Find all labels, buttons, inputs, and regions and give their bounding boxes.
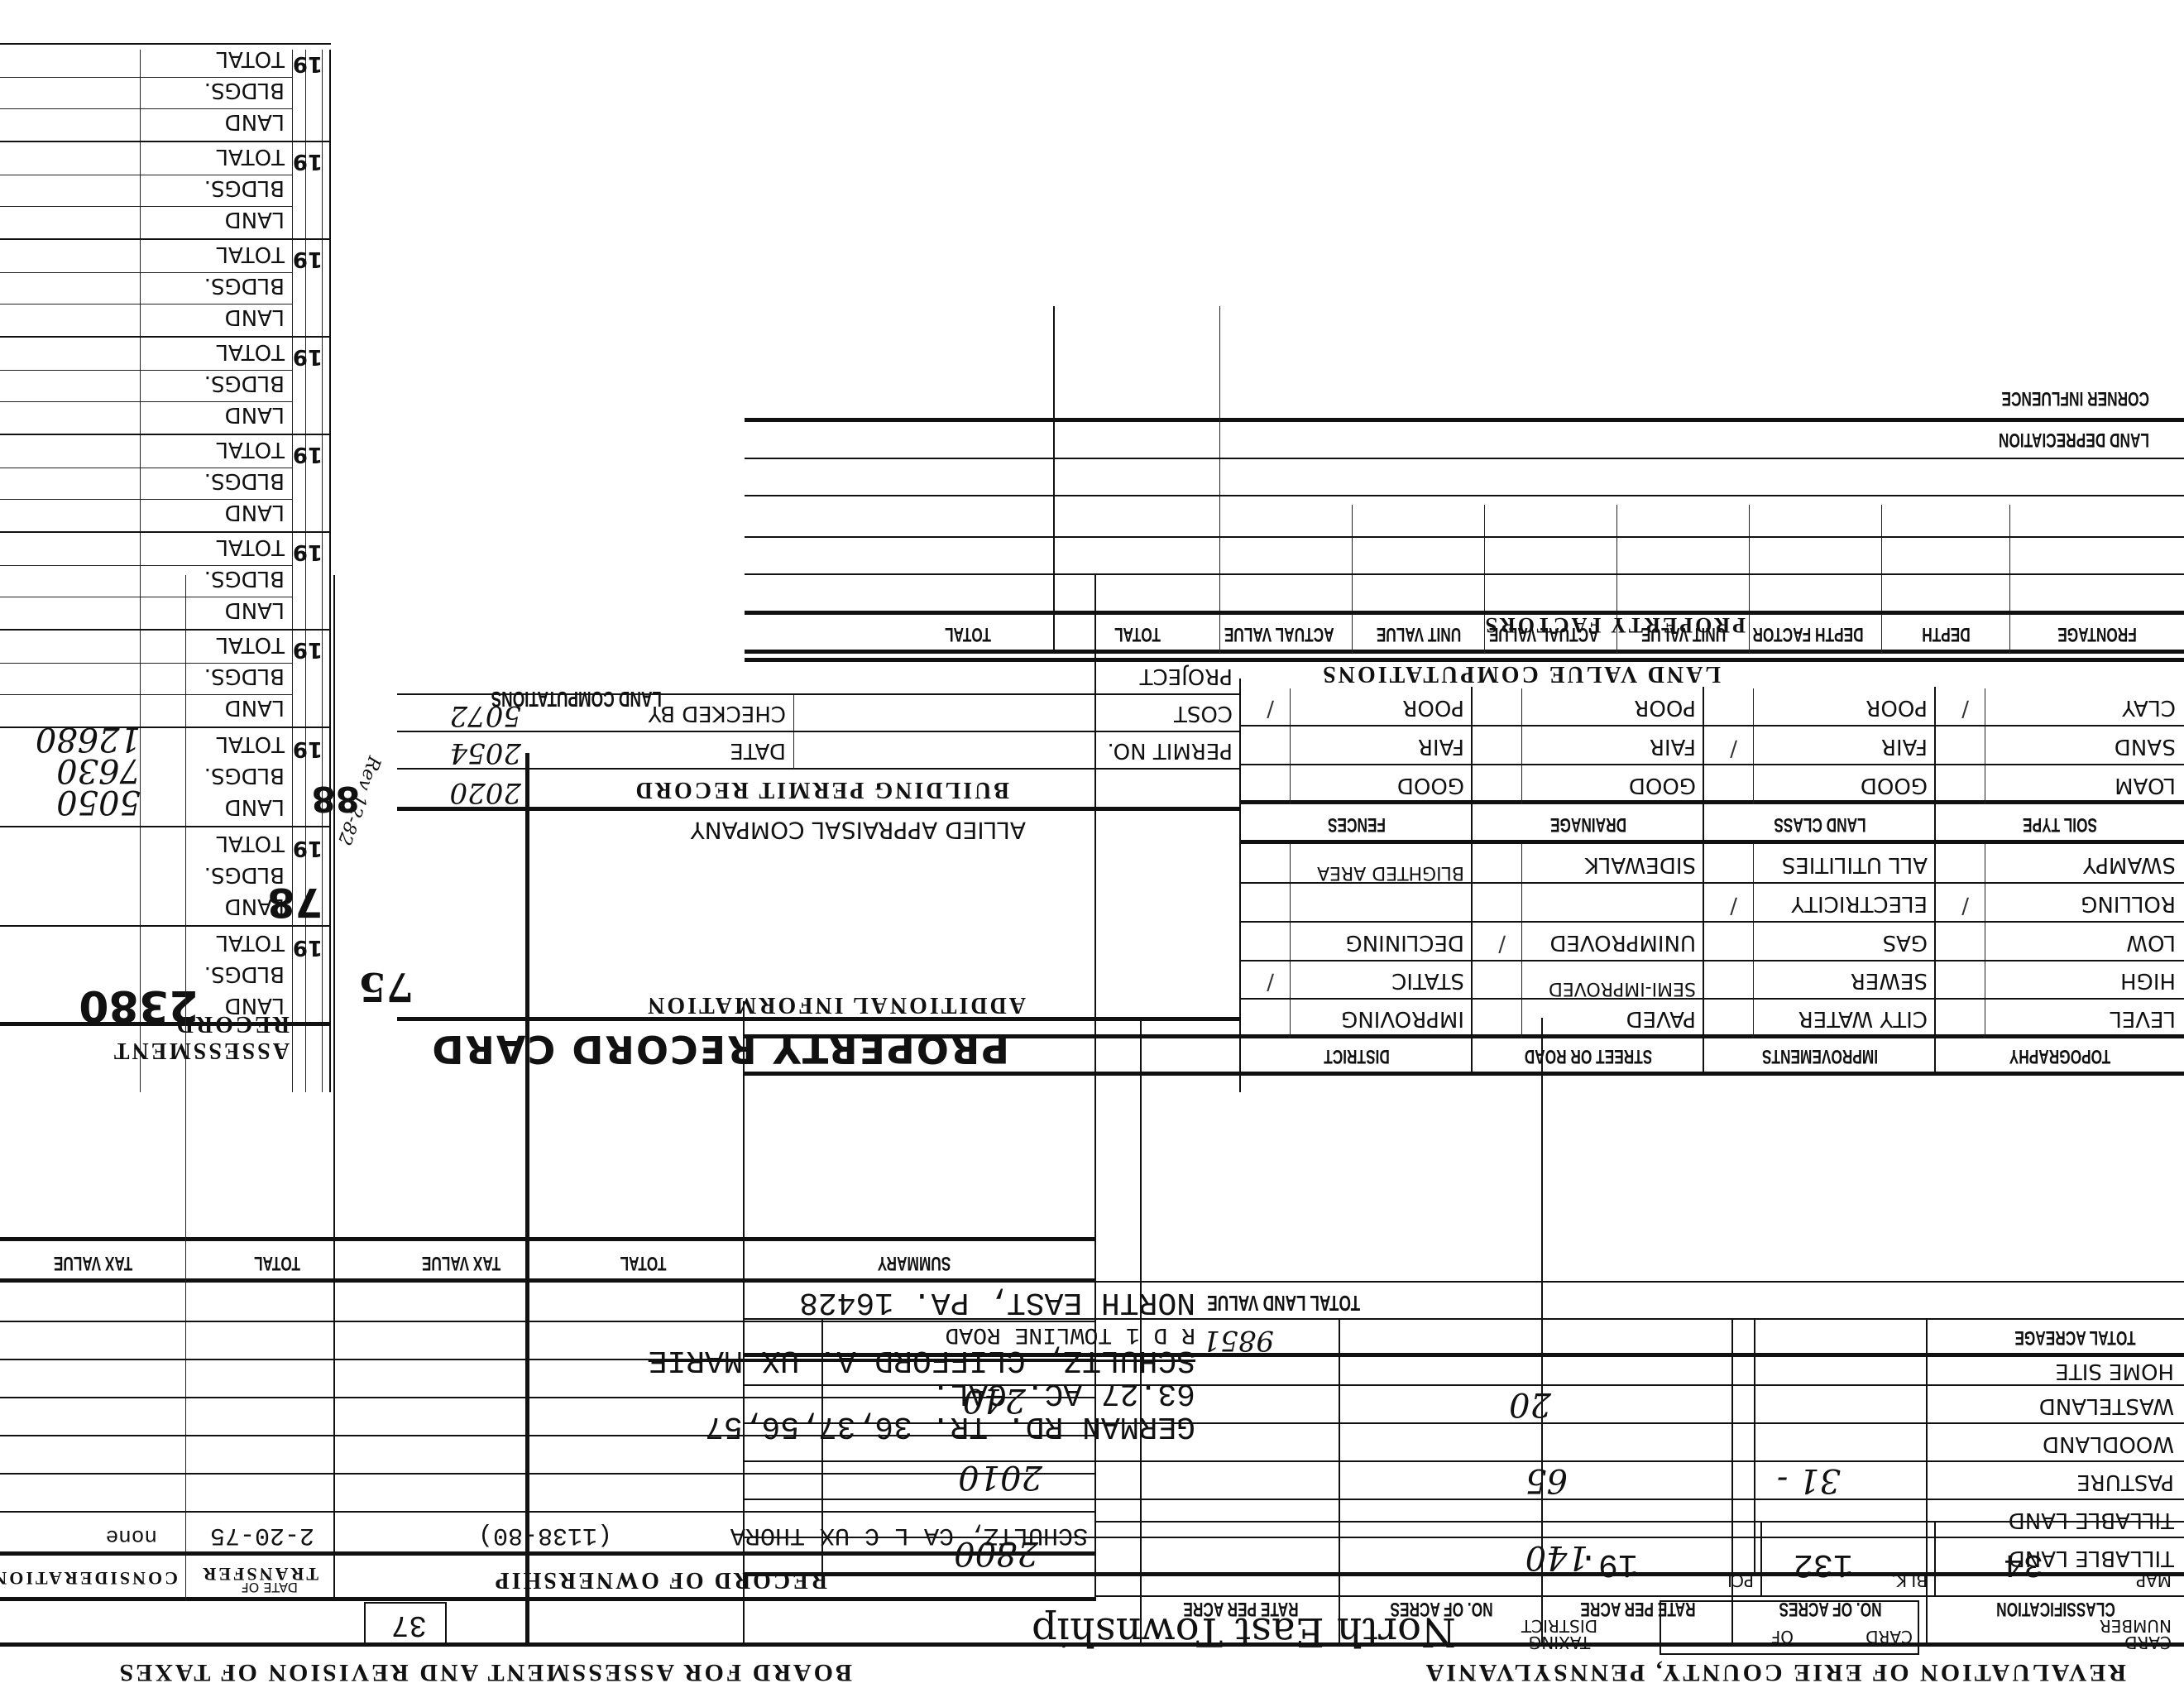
land-depreciation-label: LAND DEPRECIATION: [1971, 428, 2149, 451]
pf-city-water: CITY WATER: [1798, 1006, 1928, 1031]
assess-stamp-2380: 2380: [79, 981, 199, 1030]
soil-loam: LOAM: [2115, 773, 2176, 798]
assess-year-prefix: 19: [293, 149, 323, 174]
rate-wasteland: 20: [1509, 1385, 1551, 1423]
summary-total-2: TOTAL: [212, 1251, 342, 1274]
land-class-fair: FAIR: [1881, 734, 1928, 759]
drainage-good: GOOD: [1629, 773, 1696, 798]
assess-year-prefix: 19: [293, 935, 323, 960]
assess-land-label: LAND: [225, 109, 285, 134]
assess-total-label: TOTAL: [217, 632, 285, 657]
assess-land-label: LAND: [225, 305, 285, 329]
owner-line-5: NORTH EAST, PA. 16428: [799, 1284, 1195, 1320]
assess-year-75: 75: [358, 963, 414, 1009]
assess-total-label: TOTAL: [217, 339, 285, 364]
assess-year-78: 78: [267, 879, 323, 925]
assess-land-label: LAND: [225, 993, 285, 1018]
permit-date-label: DATE: [730, 738, 786, 763]
lvc-frontage: FRONTAGE: [2034, 622, 2159, 645]
owner-ref: (1138-80): [478, 1521, 612, 1549]
assess-bldgs-label: BLDGS.: [204, 961, 285, 986]
pf-swampy: SWAMPY: [2083, 852, 2176, 877]
pcl-value: 19.: [1578, 1545, 1638, 1582]
pf-improving: IMPROVING: [1341, 1006, 1464, 1031]
permit-handwritten-3: 5072: [449, 699, 521, 732]
card-of-box[interactable]: CARD OF: [1660, 1600, 1919, 1655]
assess-year-prefix: 19: [293, 51, 323, 76]
value-pasture: 2010: [958, 1458, 1042, 1496]
assess-bldgs-label: BLDGS.: [204, 566, 285, 591]
pf-unimproved-check[interactable]: /: [1498, 932, 1506, 957]
owner-line-2: 63.27 AC. CAL.: [932, 1375, 1195, 1411]
assess-year-prefix: 19: [293, 836, 323, 861]
lvc-depth-factor: DEPTH FACTOR: [1768, 622, 1863, 645]
map-value: 34: [2004, 1545, 2043, 1582]
land-class-good: GOOD: [1861, 773, 1928, 798]
permit-no-label: PERMIT NO.: [1107, 738, 1233, 763]
assess-total-label: TOTAL: [217, 242, 285, 266]
building-permit-title: BUILDING PERMIT RECORD: [634, 776, 1009, 803]
pf-electricity-check[interactable]: /: [1730, 894, 1737, 918]
pf-rolling-check[interactable]: /: [1961, 894, 1969, 918]
assess-total-label: TOTAL: [217, 731, 285, 756]
assess-total-label: TOTAL: [217, 46, 285, 71]
owner-house-no: 9851: [1202, 1324, 1274, 1357]
owner-line-4: R D 1 TOWLINE ROAD: [946, 1321, 1195, 1347]
blk-value: 132: [1794, 1545, 1853, 1582]
pf-header-fences: FENCES: [1273, 813, 1440, 836]
pf-header-street: STREET OR ROAD: [1505, 1044, 1672, 1067]
drainage-fair: FAIR: [1650, 734, 1696, 759]
blk-label: BLK.: [1891, 1571, 1928, 1590]
fences-poor-check[interactable]: /: [1267, 697, 1274, 722]
class-row-wasteland: WASTELAND: [2039, 1393, 2174, 1418]
assess-land-label: LAND: [225, 402, 285, 427]
pf-header-land-class: LAND CLASS: [1736, 813, 1904, 836]
permit-handwritten-2: 2054: [449, 736, 521, 770]
assess-year-prefix: 19: [293, 539, 323, 564]
assess-bldgs-label: BLDGS.: [204, 468, 285, 493]
class-row-tillable-2: TILLABLE LAND: [2009, 1508, 2174, 1532]
pf-all-utilities: ALL UTILITIES: [1782, 852, 1928, 877]
taxing-district-label: TAXING DISTRICT: [1514, 1618, 1605, 1651]
assess-year-prefix: 19: [293, 344, 323, 369]
corner-influence-label: CORNER INFLUENCE: [1971, 386, 2149, 410]
property-record-card: REVALUATION OF ERIE COUNTY, PENNSYLVANIA…: [0, 0, 2184, 1688]
permit-cost-label: COST: [1174, 701, 1233, 726]
assess-year-prefix: 19: [293, 637, 323, 662]
permit-checked-by-label: CHECKED BY: [649, 701, 786, 726]
summary-header: SUMMARY: [783, 1251, 1046, 1274]
fences-good: GOOD: [1397, 773, 1464, 798]
consideration: none: [106, 1524, 157, 1549]
assess-total-label: TOTAL: [217, 930, 285, 955]
pf-header-topography: TOPOGRAPHY: [1971, 1044, 2149, 1067]
pf-rolling: ROLLING: [2081, 891, 2176, 916]
pf-header-soil: SOIL TYPE: [1971, 813, 2149, 836]
pf-header-district: DISTRICT: [1273, 1044, 1440, 1067]
assess-year-prefix: 19: [293, 442, 323, 467]
permit-project-label: PROJECT: [1140, 664, 1233, 688]
fences-fair: FAIR: [1418, 734, 1464, 759]
assess-land-label: LAND: [225, 794, 285, 819]
pf-gas: GAS: [1883, 930, 1928, 955]
pf-sidewalk: SIDEWALK: [1585, 852, 1696, 877]
drainage-poor: POOR: [1634, 695, 1696, 720]
lvc-title: LAND VALUE COMPUTATIONS: [1320, 660, 1721, 687]
assess-land-label: LAND: [225, 500, 285, 525]
pf-static: STATIC: [1391, 968, 1464, 993]
permit-handwritten-1: 2020: [449, 776, 521, 809]
class-row-home-site: HOME SITE: [2055, 1359, 2174, 1383]
assess-total-label: TOTAL: [217, 437, 285, 462]
soil-sand: SAND: [2115, 734, 2176, 759]
assess-total-12680: 12680: [36, 720, 141, 758]
pf-header-drainage: DRAINAGE: [1505, 813, 1672, 836]
pf-high: HIGH: [2120, 968, 2176, 993]
summary-total-1: TOTAL: [579, 1251, 707, 1274]
assess-total-label: TOTAL: [217, 144, 285, 169]
allied-company: ALLIED APPRAISAL COMPANY: [691, 817, 1026, 844]
assess-land-label: LAND: [225, 695, 285, 720]
class-row-pasture: PASTURE: [2076, 1470, 2174, 1494]
lvc-unit-value-2: UNIT VALUE: [1371, 622, 1466, 645]
county-title: REVALUATION OF ERIE COUNTY, PENNSYLVANIA: [1424, 1658, 2126, 1686]
consideration-header: CONSIDERATION: [0, 1567, 178, 1589]
assess-bldgs-label: BLDGS.: [204, 78, 285, 103]
pf-declining: DECLINING: [1346, 930, 1464, 955]
rate-pasture: 65: [1525, 1461, 1568, 1499]
owner-line-1: GERMAN RD. TR. 36,37,56,57: [705, 1408, 1195, 1444]
fences-poor: POOR: [1402, 695, 1464, 720]
summary-tax-value-2: TAX VALUE: [26, 1251, 160, 1274]
summary-tax-value-1: TAX VALUE: [395, 1251, 529, 1274]
assess-bldgs-label: BLDGS.: [204, 664, 285, 688]
soil-clay: CLAY: [2122, 695, 2176, 720]
pf-semi-improved: SEMI-IMPROVED: [1530, 980, 1696, 996]
assess-bldgs-label: BLDGS.: [204, 763, 285, 788]
additional-info-title: ADDITIONAL INFORMATION: [645, 991, 1026, 1018]
assess-bldgs-label: BLDGS.: [204, 371, 285, 396]
pf-level: LEVEL: [2110, 1006, 2176, 1031]
pcl-label: PCL: [1723, 1571, 1754, 1590]
assess-bldgs-label: BLDGS.: [204, 273, 285, 298]
land-class-fair-check[interactable]: /: [1730, 736, 1737, 761]
pf-electricity: ELECTRICITY: [1791, 891, 1928, 916]
pf-sewer: SEWER: [1851, 968, 1928, 993]
assess-year-prefix: 19: [293, 736, 323, 761]
transfer-date: 2-20-75: [210, 1521, 314, 1549]
ownership-title: RECORD OF OWNERSHIP: [493, 1566, 827, 1593]
lvc-depth: DEPTH: [1900, 622, 1993, 645]
total-land-value-label: TOTAL LAND VALUE: [1207, 1290, 1360, 1316]
pf-low: LOW: [2126, 930, 2176, 955]
assess-total-label: TOTAL: [217, 535, 285, 559]
map-label: MAP: [2136, 1571, 2172, 1590]
pf-blighted-area: BLIGHTED AREA: [1315, 864, 1464, 880]
lvc-total-2: TOTAL: [905, 622, 1030, 645]
taxing-district-value: North East Township: [1032, 1609, 1456, 1655]
soil-clay-check[interactable]: /: [1961, 697, 1969, 722]
pf-unimproved: UNIMPROVED: [1549, 930, 1696, 955]
property-factors-title: PROPERTY FACTORS: [1483, 612, 1746, 637]
assess-land-label: LAND: [225, 597, 285, 622]
box-number-value: 37: [391, 1608, 427, 1642]
class-row-woodland: WOODLAND: [2043, 1431, 2174, 1456]
assess-year-prefix: 19: [293, 247, 323, 271]
property-record-card-title: PROPERTY RECORD CARD: [430, 1027, 1009, 1072]
assess-total-label: TOTAL: [217, 831, 285, 856]
transfer-header: TRANSFER: [200, 1563, 318, 1585]
lvc-actual-value-2: ACTUAL VALUE: [1238, 622, 1334, 645]
pf-paved: PAVED: [1626, 1006, 1696, 1031]
pf-static-check[interactable]: /: [1267, 970, 1274, 995]
assess-bldgs-label: BLDGS.: [204, 175, 285, 200]
card-number-label: CARD NUMBER: [2081, 1618, 2172, 1651]
class-row-total-acreage: TOTAL ACREAGE: [2014, 1326, 2135, 1349]
land-class-poor: POOR: [1865, 695, 1928, 720]
owner-name: SCHULTZ, CA L C UX THORA: [730, 1521, 1088, 1549]
acres-pasture: 31 -: [1777, 1461, 1841, 1499]
of-label: OF: [1771, 1627, 1794, 1647]
box-number: 37: [364, 1602, 447, 1647]
pf-header-improvements: IMPROVEMENTS: [1736, 1044, 1904, 1067]
card-label: CARD: [1865, 1627, 1913, 1647]
board-title: BOARD FOR ASSESSMENT AND REVISION OF TAX…: [117, 1658, 852, 1686]
assess-land-label: LAND: [225, 207, 285, 232]
